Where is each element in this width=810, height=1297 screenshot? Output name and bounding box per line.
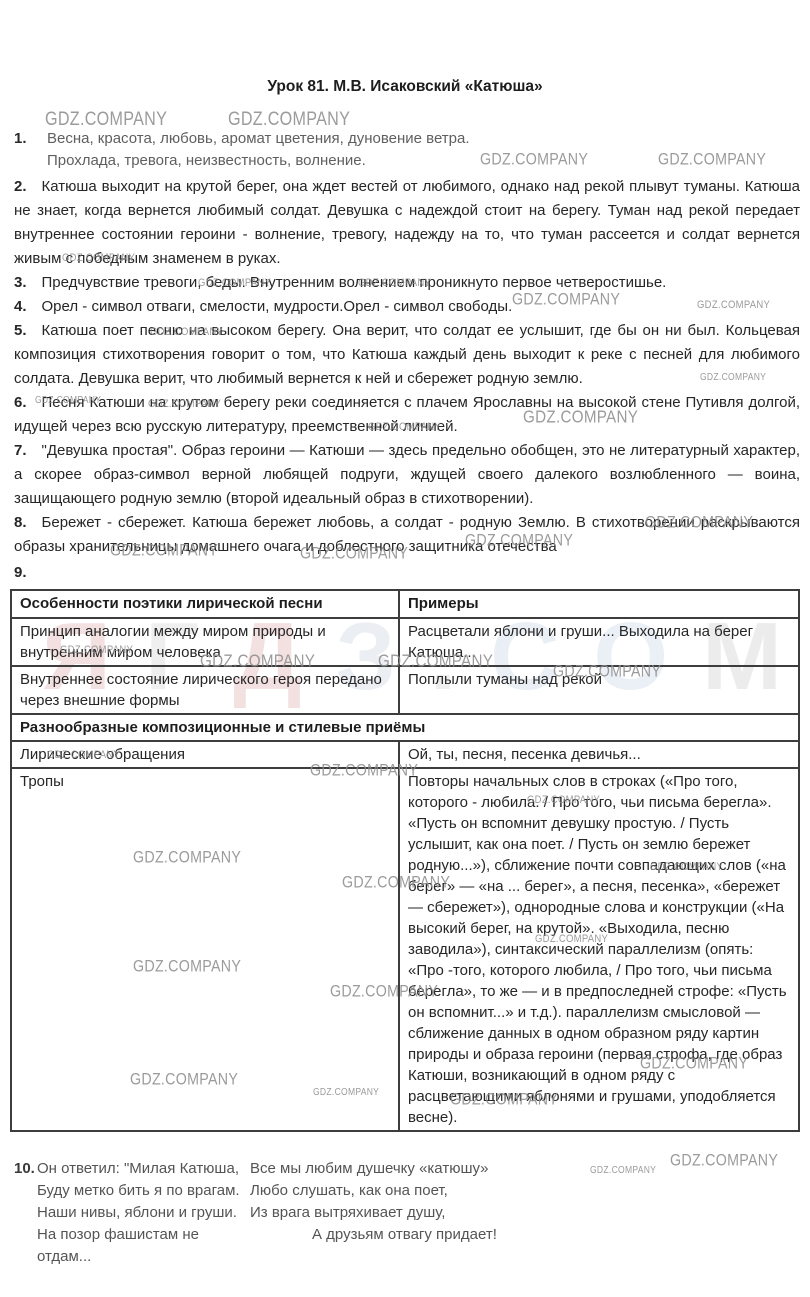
answer-item-6: 6.Песня Катюши на крутом берегу реки сое… (10, 391, 800, 439)
answer-item-9: 9. (10, 561, 800, 585)
page-title: Урок 81. М.В. Исаковский «Катюша» (10, 78, 800, 96)
table-cell-example: Ой, ты, песня, песенка девичья... (399, 741, 799, 768)
table-cell-example: Повторы начальных слов в строках («Про т… (399, 768, 799, 1131)
item-text: Катюша выходит на крутой берег, она ждет… (14, 178, 800, 267)
answer-item-7: 7."Девушка простая". Образ героини — Кат… (10, 439, 800, 511)
item-number: 9. (14, 564, 27, 581)
table-section-heading: Разнообразные композиционные и стилевые … (11, 714, 799, 741)
table-cell-feature: Лирические обращения (11, 741, 399, 768)
item-number: 8. (14, 514, 27, 531)
table-cell-example: Поплыли туманы над рекой (399, 666, 799, 714)
answer-item-1: 1. Весна, красота, любовь, аромат цветен… (10, 128, 800, 172)
item-number: 5. (14, 322, 27, 339)
table-header-row: Особенности поэтики лирической песни При… (11, 590, 799, 618)
item-number: 6. (14, 394, 27, 411)
table-row-span: Разнообразные композиционные и стилевые … (11, 714, 799, 741)
verse-line: А друзьям отвагу придает! (250, 1224, 800, 1246)
item-number: 2. (14, 178, 27, 195)
answer-item-4: 4.Орел - символ отваги, смелости, мудрос… (10, 295, 800, 319)
table-row: Внутреннее состояние лирического героя п… (11, 666, 799, 714)
answer-item-2: 2.Катюша выходит на крутой берег, она жд… (10, 175, 800, 271)
item-text: Песня Катюши на крутом берегу реки соеди… (14, 394, 800, 435)
answer-item-10: 10. Он ответил: "Милая Катюша, Буду метк… (10, 1158, 800, 1268)
item-text: Катюша поет песню на высоком берегу. Она… (14, 322, 800, 387)
answer-item-3: 3.Предчувствие тревоги, беды. Внутренним… (10, 271, 800, 295)
item-number: 1. (14, 128, 27, 150)
table-header-examples: Примеры (399, 590, 799, 618)
item-number: 7. (14, 442, 27, 459)
verse-line: Он ответил: "Милая Катюша, (37, 1158, 250, 1180)
table-cell-feature: Принцип аналогии между миром природы и в… (11, 618, 399, 666)
item-text: "Девушка простая". Образ героини — Катюш… (14, 442, 800, 507)
item-text: Предчувствие тревоги, беды. Внутренним в… (42, 274, 667, 291)
poetics-table: Особенности поэтики лирической песни При… (10, 589, 800, 1132)
verse-line: Любо слушать, как она поет, (250, 1180, 800, 1202)
item-number: 4. (14, 298, 27, 315)
verse-line: Буду метко бить я по врагам. (37, 1180, 250, 1202)
document-content: Урок 81. М.В. Исаковский «Катюша» 1. Вес… (10, 78, 800, 1268)
answer-item-5: 5.Катюша поет песню на высоком берегу. О… (10, 319, 800, 391)
item-text: Бережет - сбережет. Катюша бережет любов… (14, 514, 800, 555)
item-text-line: Прохлада, тревога, неизвестность, волнен… (47, 152, 366, 169)
answer-item-8: 8.Бережет - сбережет. Катюша бережет люб… (10, 511, 800, 559)
table-cell-feature: Внутреннее состояние лирического героя п… (11, 666, 399, 714)
answers-list: 1. Весна, красота, любовь, аромат цветен… (10, 128, 800, 585)
table-row: Лирические обращения Ой, ты, песня, песе… (11, 741, 799, 768)
item-text: Орел - символ отваги, смелости, мудрости… (42, 298, 513, 315)
table-row: Тропы Повторы начальных слов в строках (… (11, 768, 799, 1131)
item-number: 3. (14, 274, 27, 291)
verse-line: Все мы любим душечку «катюшу» (250, 1158, 800, 1180)
table-row: Принцип аналогии между миром природы и в… (11, 618, 799, 666)
item-number: 10. (14, 1158, 37, 1268)
table-cell-example: Расцветали яблони и груши... Выходила на… (399, 618, 799, 666)
verse-left-column: Он ответил: "Милая Катюша, Буду метко би… (37, 1158, 250, 1268)
item-text-line: Весна, красота, любовь, аромат цветения,… (47, 130, 470, 147)
table-cell-feature: Тропы (11, 768, 399, 1131)
verse-line: Наши нивы, яблони и груши. (37, 1202, 250, 1224)
document-page: ЯГДЗ.СОМ GDZ.COMPANYGDZ.COMPANYGDZ.COMPA… (0, 0, 810, 1297)
table-header-features: Особенности поэтики лирической песни (11, 590, 399, 618)
verse-right-column: Все мы любим душечку «катюшу» Любо слуша… (250, 1158, 800, 1268)
verse-line: Из врага вытряхивает душу, (250, 1202, 800, 1224)
verse-line: На позор фашистам не отдам... (37, 1224, 250, 1268)
